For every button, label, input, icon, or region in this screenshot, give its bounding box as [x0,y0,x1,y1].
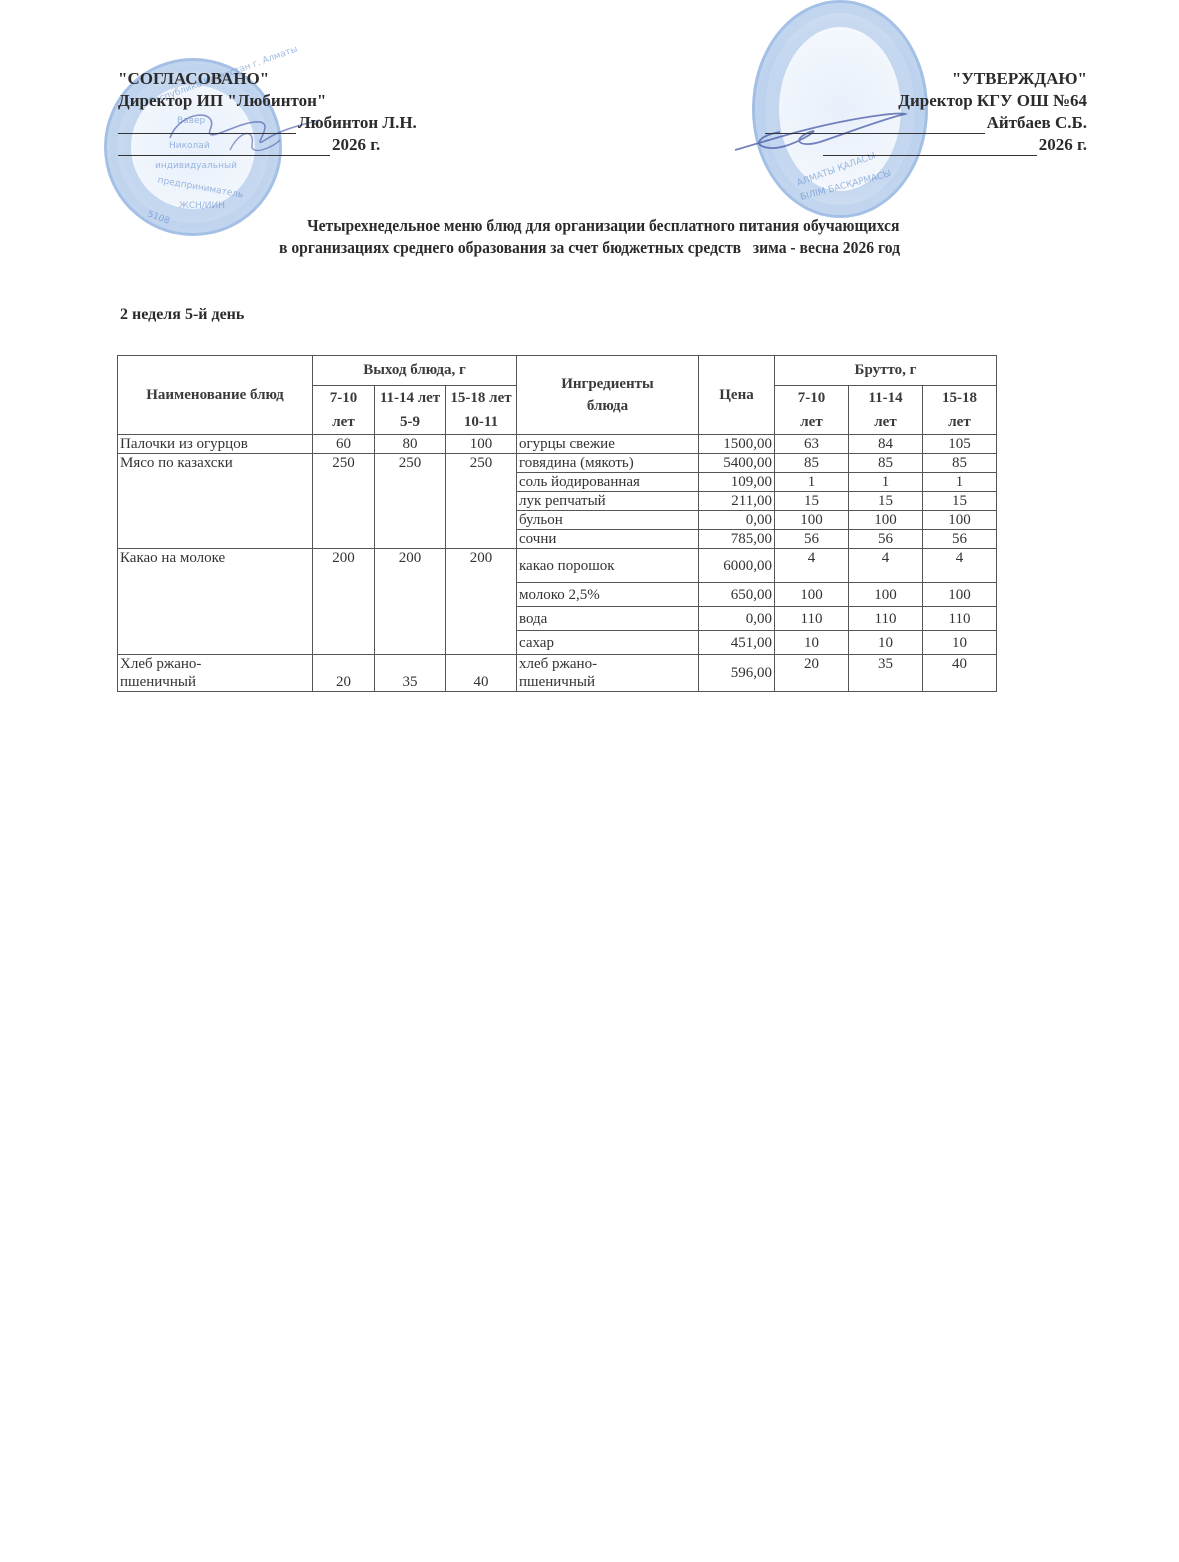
ingredient-price: 5400,00 [699,454,775,473]
signature-underline [765,117,985,134]
agreement-year: 2026 г. [332,134,380,156]
dish-name: Палочки из огурцов [118,435,313,454]
ingredient-brutto: 10 [849,631,923,655]
date-underline [823,139,1037,156]
ingredient-brutto: 84 [849,435,923,454]
ingredient-name: вода [517,607,699,631]
ingredient-name: сочни [517,530,699,549]
ingredient-brutto: 1 [775,473,849,492]
approval-year: 2026 г. [1039,134,1087,156]
ingredient-brutto: 20 [775,655,849,692]
ingredient-price: 109,00 [699,473,775,492]
day-label: 2 неделя 5-й день [120,306,244,324]
header-ingredients: Ингредиенты блюда [517,356,699,435]
ingredient-brutto: 15 [775,492,849,511]
table-row: Мясо по казахски250250250говядина (мякот… [118,454,997,473]
dish-yield: 20 [313,655,375,692]
table-row: Хлеб ржано-пшеничный203540хлеб ржано-пше… [118,655,997,692]
ingredient-brutto: 4 [849,549,923,583]
ingredient-brutto: 56 [923,530,997,549]
dish-yield: 100 [446,435,517,454]
ingredient-price: 6000,00 [699,549,775,583]
ingredient-brutto: 1 [849,473,923,492]
ingredient-name: огурцы свежие [517,435,699,454]
dish-name: Мясо по казахски [118,454,313,549]
stamp-text: индивидуальный [155,161,237,171]
dish-yield: 250 [313,454,375,549]
ingredient-brutto: 105 [923,435,997,454]
agreement-heading: "СОГЛАСОВАНО" [118,68,417,90]
ingredient-name: соль йодированная [517,473,699,492]
dish-yield: 250 [446,454,517,549]
ingredient-brutto: 40 [923,655,997,692]
signature-underline [118,117,296,134]
ingredient-brutto: 4 [775,549,849,583]
table-row: Какао на молоке200200200какао порошок600… [118,549,997,583]
header-price: Цена [699,356,775,435]
ingredient-brutto: 100 [775,583,849,607]
header-brutto-age-1: 11-14лет [849,386,923,435]
ingredient-price: 1500,00 [699,435,775,454]
ingredient-brutto: 85 [775,454,849,473]
ingredient-name: молоко 2,5% [517,583,699,607]
dish-yield: 40 [446,655,517,692]
approval-signer-name: Айтбаев С.Б. [987,112,1087,134]
approval-date-line: 2026 г. [765,134,1087,156]
ingredient-brutto: 56 [775,530,849,549]
approval-block: "УТВЕРЖДАЮ" Директор КГУ ОШ №64 Айтбаев … [765,68,1087,156]
header-brutto: Брутто, г [775,356,997,386]
ingredient-brutto: 15 [923,492,997,511]
title-line-1: Четырехнедельное меню блюд для организац… [47,215,1132,237]
title-line-2: в организациях среднего образования за с… [47,237,1132,259]
ingredient-name: какао порошок [517,549,699,583]
stamp-text: ЖСН/ИИН [179,201,225,211]
ingredient-brutto: 4 [923,549,997,583]
ingredient-brutto: 110 [923,607,997,631]
ingredient-brutto: 110 [775,607,849,631]
ingredient-brutto: 85 [923,454,997,473]
ingredient-price: 650,00 [699,583,775,607]
header-brutto-age-0: 7-10лет [775,386,849,435]
ingredient-name: сахар [517,631,699,655]
ingredient-brutto: 110 [849,607,923,631]
ingredient-brutto: 10 [923,631,997,655]
agreement-signature-line: Любинтон Л.Н. [118,112,417,134]
ingredient-name: бульон [517,511,699,530]
ingredient-brutto: 100 [849,583,923,607]
table-row: Палочки из огурцов6080100огурцы свежие15… [118,435,997,454]
ingredient-price: 0,00 [699,511,775,530]
ingredient-brutto: 100 [849,511,923,530]
document-title: Четырехнедельное меню блюд для организац… [47,215,1132,259]
approval-heading: "УТВЕРЖДАЮ" [765,68,1087,90]
approval-signature-line: Айтбаев С.Б. [765,112,1087,134]
ingredient-brutto: 35 [849,655,923,692]
ingredient-brutto: 100 [775,511,849,530]
header-yield-age-2: 15-18 лет10-11 [446,386,517,435]
ingredient-brutto: 85 [849,454,923,473]
dish-yield: 80 [375,435,446,454]
agreement-signer-name: Любинтон Л.Н. [298,112,417,134]
dish-yield: 35 [375,655,446,692]
approval-position: Директор КГУ ОШ №64 [765,90,1087,112]
header-dish-name: Наименование блюд [118,356,313,435]
ingredient-brutto: 63 [775,435,849,454]
ingredient-price: 0,00 [699,607,775,631]
ingredient-brutto: 100 [923,511,997,530]
dish-yield: 200 [446,549,517,655]
dish-yield: 200 [375,549,446,655]
ingredient-brutto: 100 [923,583,997,607]
ingredient-brutto: 15 [849,492,923,511]
header-brutto-age-2: 15-18лет [923,386,997,435]
stamp-text: предприниматель [157,176,244,201]
dish-yield: 200 [313,549,375,655]
ingredient-brutto: 1 [923,473,997,492]
dish-yield: 250 [375,454,446,549]
ingredient-price: 211,00 [699,492,775,511]
ingredient-name: лук репчатый [517,492,699,511]
ingredient-price: 451,00 [699,631,775,655]
dish-name: Хлеб ржано-пшеничный [118,655,313,692]
ingredient-price: 785,00 [699,530,775,549]
header-yield-age-1: 11-14 лет5-9 [375,386,446,435]
date-underline [118,139,330,156]
agreement-block: "СОГЛАСОВАНО" Директор ИП "Любинтон" Люб… [118,68,417,156]
header-yield: Выход блюда, г [313,356,517,386]
agreement-date-line: 2026 г. [118,134,417,156]
ingredient-brutto: 10 [775,631,849,655]
ingredient-brutto: 56 [849,530,923,549]
ingredient-name: хлеб ржано-пшеничный [517,655,699,692]
header-yield-age-0: 7-10лет [313,386,375,435]
ingredient-name: говядина (мякоть) [517,454,699,473]
agreement-position: Директор ИП "Любинтон" [118,90,417,112]
dish-name: Какао на молоке [118,549,313,655]
menu-table: Наименование блюд Выход блюда, г Ингреди… [117,355,997,692]
dish-yield: 60 [313,435,375,454]
ingredient-price: 596,00 [699,655,775,692]
